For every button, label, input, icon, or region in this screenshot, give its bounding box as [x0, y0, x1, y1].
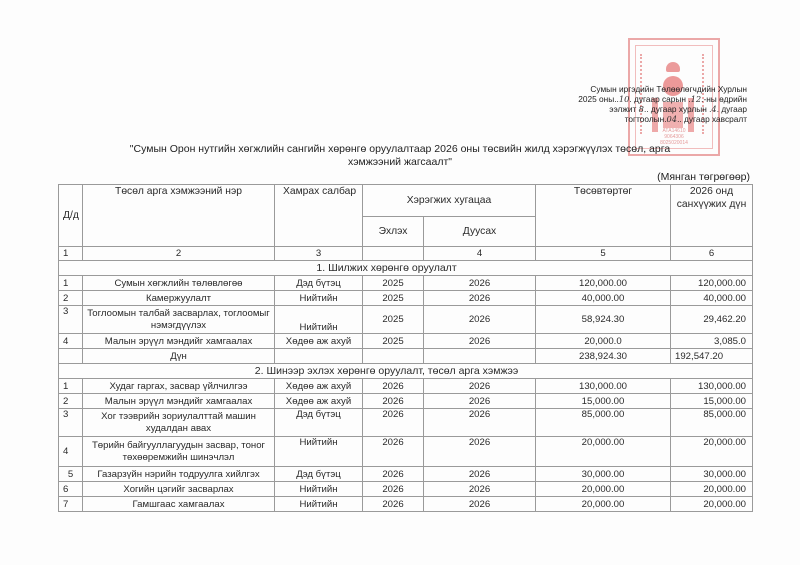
row-end: 2026 [424, 482, 536, 497]
approval-year: 2025 оны [578, 94, 614, 104]
row-name: Хог тээврийн зориулалттай машин худалдан… [83, 409, 275, 437]
total-budget: 238,924.30 [536, 349, 671, 364]
approval-line-4: тогтоолын.04.. дугаар хавсралт [578, 114, 747, 124]
index-cell: 6 [671, 247, 753, 261]
total-label: Дүн [83, 349, 275, 364]
row-name: Хогийн цэгийг засварлах [83, 482, 275, 497]
row-sector: Хөдөө аж ахуй [275, 334, 363, 349]
total-empty-cell [424, 349, 536, 364]
row-end: 2026 [424, 291, 536, 306]
row-end: 2026 [424, 306, 536, 334]
table-row: 2 Малын эрүүл мэндийг хамгаалах Хөдөө аж… [59, 394, 753, 409]
row-name: Малын эрүүл мэндийг хамгаалах [83, 394, 275, 409]
row-funding: 85,000.00 [671, 409, 753, 437]
table-row: 4 Малын эрүүл мэндийг хамгаалах Хөдөө аж… [59, 334, 753, 349]
row-start: 2025 [363, 276, 424, 291]
row-no: 4 [59, 334, 83, 349]
row-funding: 20,000.00 [671, 497, 753, 512]
row-name: Камержуулалт [83, 291, 275, 306]
approval-text: ээлжит [609, 104, 636, 114]
table-row: 3 Тоглоомын талбай засварлах, тоглоомыг … [59, 306, 753, 334]
total-empty-cell [275, 349, 363, 364]
handwritten-session: 8 [639, 104, 644, 114]
total-funding: 192,547.20 [671, 349, 753, 364]
project-list-table: Д/д Төсөл арга хэмжээний нэр Хамрах салб… [58, 184, 753, 512]
row-start: 2025 [363, 334, 424, 349]
row-no: 6 [59, 482, 83, 497]
header-no: Д/д [59, 185, 83, 247]
total-empty-cell [59, 349, 83, 364]
row-start: 2026 [363, 482, 424, 497]
row-budget: 20,000.00 [536, 482, 671, 497]
row-start: 2026 [363, 409, 424, 437]
row-no: 7 [59, 497, 83, 512]
index-cell: 4 [424, 247, 536, 261]
table-row: 5 Газарзүйн нэрийн тодруулга хийлгэх Дэд… [59, 467, 753, 482]
row-budget: 20,000.00 [536, 497, 671, 512]
approval-text: дугаар хавсралт [684, 114, 747, 124]
row-start: 2026 [363, 394, 424, 409]
total-empty-cell [363, 349, 424, 364]
header-period: Хэрэгжих хугацаа [363, 185, 536, 217]
row-no: 1 [59, 379, 83, 394]
title-line-1: "Сумын Орон нутгийн хөгжлийн сангийн хөр… [60, 143, 740, 156]
row-budget: 58,924.30 [536, 306, 671, 334]
header-end: Дуусах [424, 217, 536, 247]
total-row: Дүн 238,924.30 192,547.20 [59, 349, 753, 364]
handwritten-resolution-number: 04 [667, 114, 678, 124]
row-budget: 30,000.00 [536, 467, 671, 482]
row-start: 2026 [363, 497, 424, 512]
row-no: 1 [59, 276, 83, 291]
table-row: 1 Худаг гаргах, засвар үйлчилгээ Хөдөө а… [59, 379, 753, 394]
index-cell: 2 [83, 247, 275, 261]
handwritten-number: 4 [711, 104, 716, 114]
row-funding: 15,000.00 [671, 394, 753, 409]
table-row: 1 Сумын хөгжлийн төлөвлөгөө Дэд бүтэц 20… [59, 276, 753, 291]
row-end: 2026 [424, 497, 536, 512]
row-funding: 130,000.00 [671, 379, 753, 394]
row-end: 2026 [424, 379, 536, 394]
table-row: 4 Төрийн байгууллагуудын засвар, тоног т… [59, 437, 753, 467]
index-cell [363, 247, 424, 261]
index-cell: 5 [536, 247, 671, 261]
row-name: Гамшгаас хамгаалах [83, 497, 275, 512]
approval-text: дугаар [721, 104, 747, 114]
row-budget: 120,000.00 [536, 276, 671, 291]
row-no: 3 [59, 306, 83, 334]
handwritten-day: 12 [691, 94, 702, 104]
row-funding: 20,000.00 [671, 437, 753, 467]
approval-line-2: 2025 оны..10. дугаар сарын .12.-ны өдрий… [578, 94, 747, 104]
header-start: Эхлэх [363, 217, 424, 247]
row-no: 2 [59, 291, 83, 306]
index-cell: 3 [275, 247, 363, 261]
row-funding: 120,000.00 [671, 276, 753, 291]
row-start: 2026 [363, 467, 424, 482]
header-funding: 2026 онд санхүүжих дүн [671, 185, 753, 247]
index-cell: 1 [59, 247, 83, 261]
approval-text: тогтоолын [625, 114, 665, 124]
column-index-row: 1 2 3 4 5 6 [59, 247, 753, 261]
currency-unit-note: (Мянган төгрөгөөр) [657, 171, 750, 183]
row-sector: Нийтийн [275, 291, 363, 306]
row-name: Худаг гаргах, засвар үйлчилгээ [83, 379, 275, 394]
row-budget: 20,000.0 [536, 334, 671, 349]
header-name: Төсөл арга хэмжээний нэр [83, 185, 275, 247]
approval-annotation: Сумын иргэдийн Төлөөлөгчдийн Хурлын 2025… [578, 84, 747, 124]
row-funding: 40,000.00 [671, 291, 753, 306]
row-end: 2026 [424, 467, 536, 482]
soyombo-flame-icon [666, 62, 680, 72]
row-sector: Нийтийн [275, 437, 363, 467]
row-name: Тоглоомын талбай засварлах, тоглоомыг нэ… [83, 306, 275, 334]
row-budget: 15,000.00 [536, 394, 671, 409]
row-budget: 40,000.00 [536, 291, 671, 306]
approval-text: -ны өдрийн [703, 94, 747, 104]
row-start: 2025 [363, 306, 424, 334]
row-start: 2025 [363, 291, 424, 306]
section-title: 2. Шинээр эхлэх хөрөнгө оруулалт, төсөл … [59, 364, 753, 379]
table-row: 3 Хог тээврийн зориулалттай машин худалд… [59, 409, 753, 437]
row-sector: Хөдөө аж ахуй [275, 394, 363, 409]
row-funding: 3,085.0 [671, 334, 753, 349]
row-end: 2026 [424, 409, 536, 437]
row-end: 2026 [424, 394, 536, 409]
row-name: Газарзүйн нэрийн тодруулга хийлгэх [83, 467, 275, 482]
row-end: 2026 [424, 334, 536, 349]
row-start: 2026 [363, 379, 424, 394]
row-no: 3 [59, 409, 83, 437]
row-funding: 29,462.20 [671, 306, 753, 334]
row-sector: Дэд бүтэц [275, 276, 363, 291]
row-end: 2026 [424, 276, 536, 291]
row-sector: Дэд бүтэц [275, 409, 363, 437]
header-budget: Төсөвтөртөг [536, 185, 671, 247]
row-no: 4 [59, 437, 83, 467]
row-start: 2026 [363, 437, 424, 467]
table-row: 7 Гамшгаас хамгаалах Нийтийн 2026 2026 2… [59, 497, 753, 512]
row-budget: 130,000.00 [536, 379, 671, 394]
row-budget: 85,000.00 [536, 409, 671, 437]
table-row: 6 Хогийн цэгийг засварлах Нийтийн 2026 2… [59, 482, 753, 497]
title-line-2: хэмжээний жагсаалт" [60, 156, 740, 169]
handwritten-month: 10 [619, 94, 630, 104]
approval-line-3: ээлжит 8.. дугаар хурлын .4. дугаар [578, 104, 747, 114]
header-sector: Хамрах салбар [275, 185, 363, 247]
row-sector: Нийтийн [275, 497, 363, 512]
section-header-row: 2. Шинээр эхлэх хөрөнгө оруулалт, төсөл … [59, 364, 753, 379]
row-no: 5 [59, 467, 83, 482]
approval-text: дугаар сарын [634, 94, 686, 104]
row-sector: Нийтийн [275, 306, 363, 334]
row-no: 2 [59, 394, 83, 409]
row-end: 2026 [424, 437, 536, 467]
row-name: Төрийн байгууллагуудын засвар, тоног төх… [83, 437, 275, 467]
section-header-row: 1. Шилжих хөрөнгө оруулалт [59, 261, 753, 276]
row-sector: Дэд бүтэц [275, 467, 363, 482]
row-budget: 20,000.00 [536, 437, 671, 467]
document-title: "Сумын Орон нутгийн хөгжлийн сангийн хөр… [60, 143, 740, 169]
row-sector: Хөдөө аж ахуй [275, 379, 363, 394]
table-row: 2 Камержуулалт Нийтийн 2025 2026 40,000.… [59, 291, 753, 306]
row-sector: Нийтийн [275, 482, 363, 497]
approval-text: дугаар хурлын [651, 104, 707, 114]
approval-line-1: Сумын иргэдийн Төлөөлөгчдийн Хурлын [578, 84, 747, 94]
row-name: Сумын хөгжлийн төлөвлөгөө [83, 276, 275, 291]
section-title: 1. Шилжих хөрөнгө оруулалт [59, 261, 753, 276]
row-funding: 30,000.00 [671, 467, 753, 482]
row-name: Малын эрүүл мэндийг хамгаалах [83, 334, 275, 349]
row-funding: 20,000.00 [671, 482, 753, 497]
